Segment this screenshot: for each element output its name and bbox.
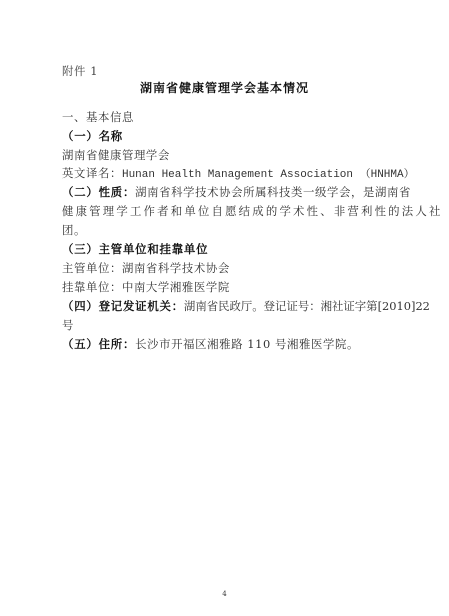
english-name-value: Hunan Health Management Association （HNH… <box>122 169 415 181</box>
section-heading-basic-info: 一、基本信息 <box>62 108 134 127</box>
document-page: 附件 1 湖南省健康管理学会基本情况 一、基本信息 （一）名称 湖南省健康管理学… <box>0 0 449 616</box>
chinese-name: 湖南省健康管理学会 <box>62 146 170 165</box>
registration-text-1: 湖南省民政厅。登记证号：湘社证字第[2010]22 <box>184 299 430 313</box>
name-heading: （一）名称 <box>62 127 123 146</box>
english-name-line: 英文译名：Hunan Health Management Association… <box>62 164 415 185</box>
address-heading: （五）住所： <box>62 337 135 351</box>
registration-heading: （四）登记发证机关： <box>62 299 184 313</box>
nature-line-2: 健康管理学工作者和单位自愿结成的学术性、非营利性的法人社 <box>62 202 443 221</box>
nature-text-1: 湖南省科学技术协会所属科技类一级学会，是湖南省 <box>135 185 411 199</box>
address-text: 长沙市开福区湘雅路 110 号湘雅医学院。 <box>135 337 359 351</box>
nature-heading: （二）性质： <box>62 185 135 199</box>
address-line: （五）住所：长沙市开福区湘雅路 110 号湘雅医学院。 <box>62 335 359 354</box>
affiliated-unit: 挂靠单位：中南大学湘雅医学院 <box>62 278 230 297</box>
nature-line-1: （二）性质：湖南省科学技术协会所属科技类一级学会，是湖南省 <box>62 183 411 202</box>
page-number: 4 <box>0 590 449 598</box>
english-name-label: 英文译名： <box>62 166 122 180</box>
supervisor-unit: 主管单位：湖南省科学技术协会 <box>62 259 230 278</box>
units-heading: （三）主管单位和挂靠单位 <box>62 240 208 259</box>
document-title: 湖南省健康管理学会基本情况 <box>0 79 449 98</box>
registration-line-2: 号 <box>62 316 74 335</box>
registration-line-1: （四）登记发证机关：湖南省民政厅。登记证号：湘社证字第[2010]22 <box>62 297 430 316</box>
nature-line-3: 团。 <box>62 221 86 240</box>
